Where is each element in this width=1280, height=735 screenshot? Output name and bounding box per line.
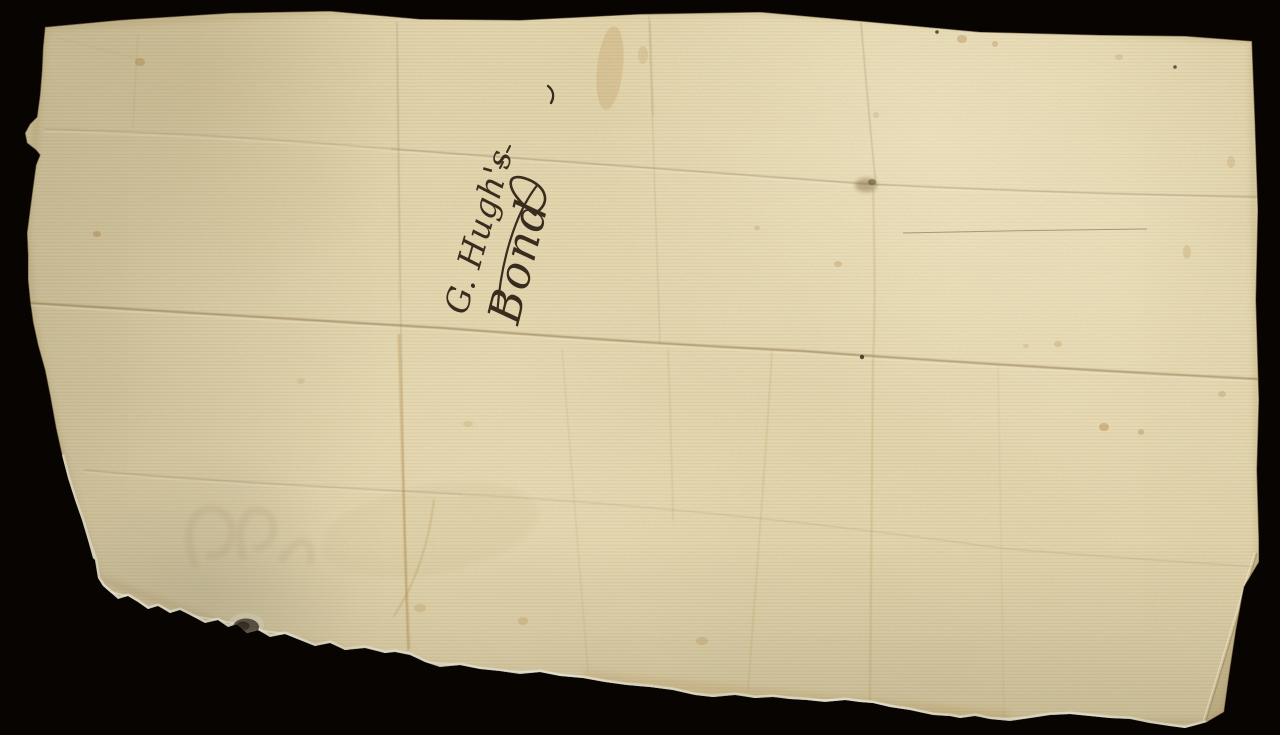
scanned-document-image: G. Hugh's Bond [0, 0, 1280, 735]
scanner-bed: G. Hugh's Bond [0, 0, 1280, 735]
